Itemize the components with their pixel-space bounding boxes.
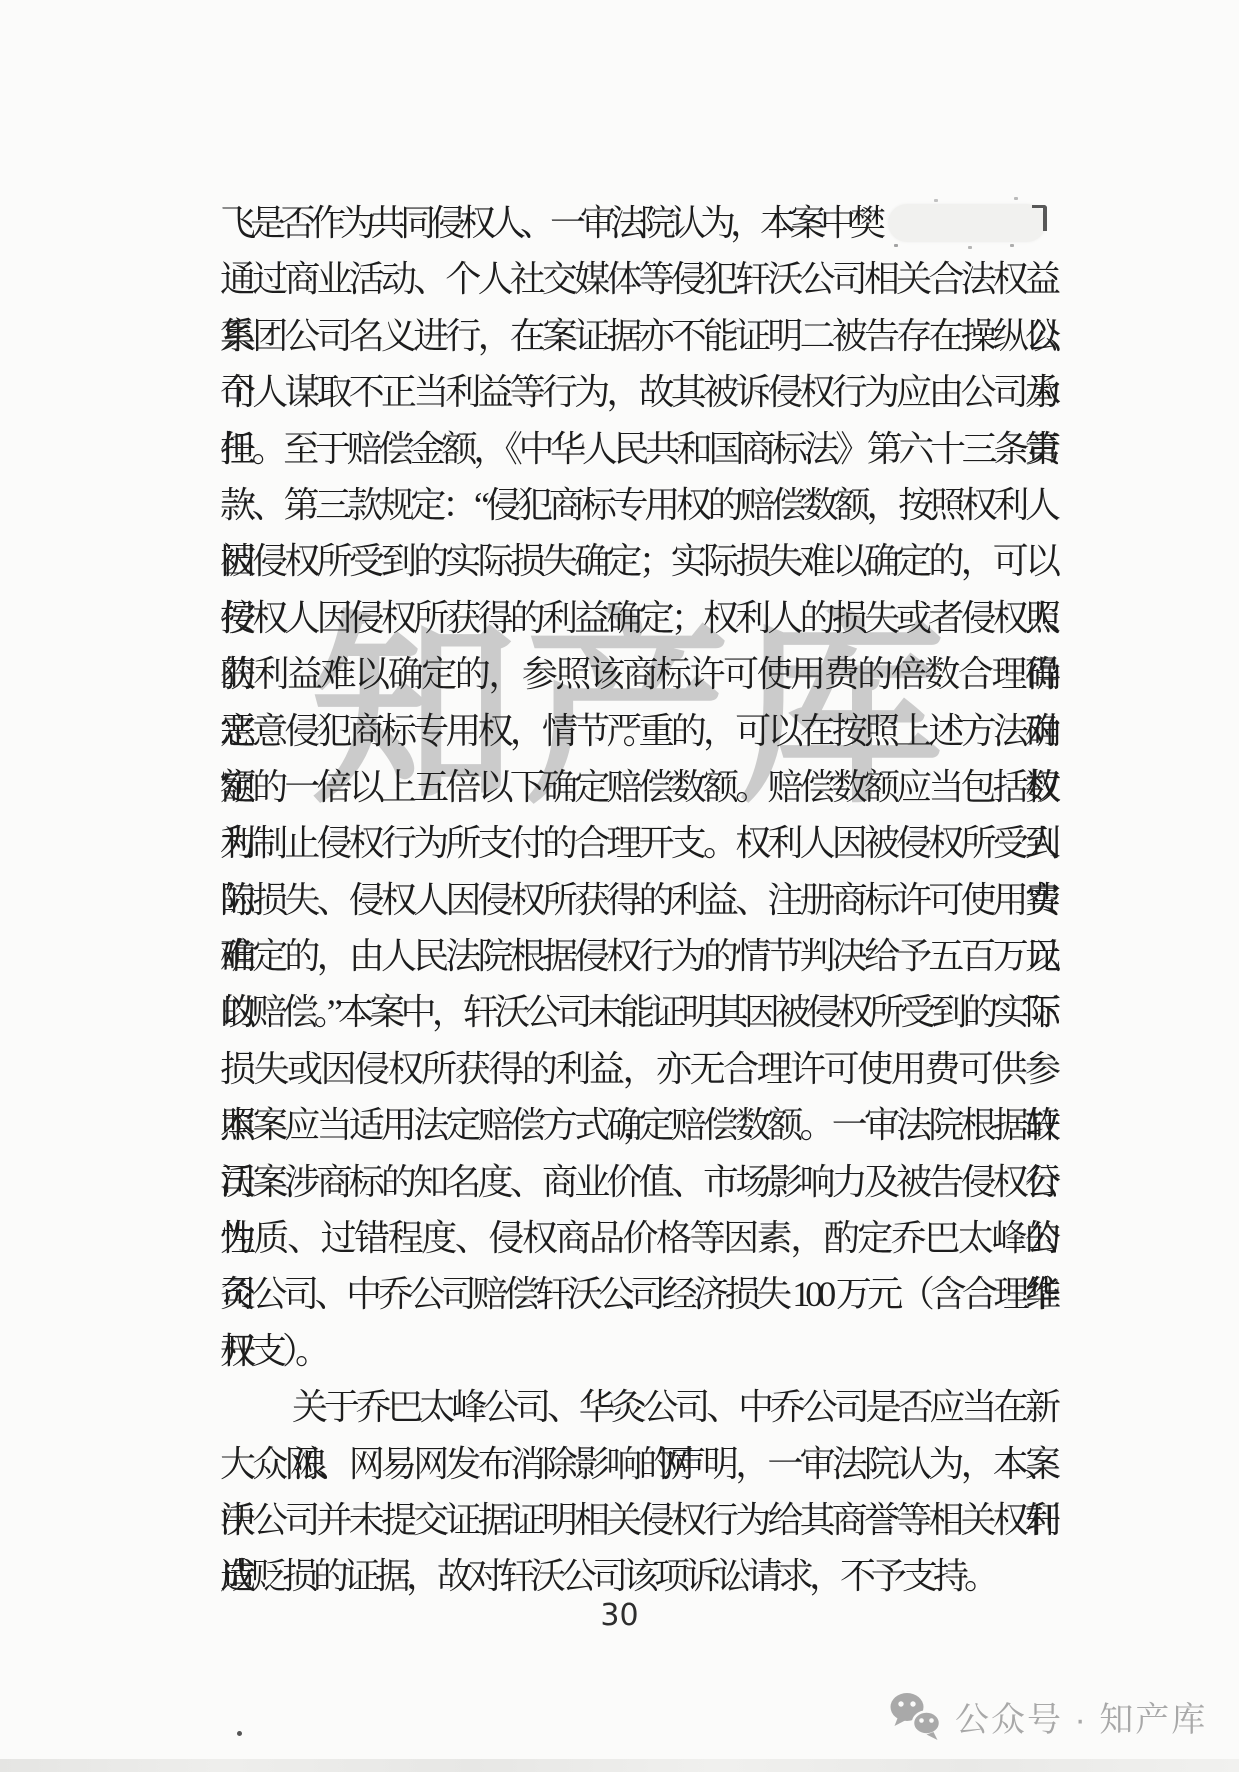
page-number: 30 xyxy=(0,1598,1239,1633)
text-line: 被侵权所受到的实际损失确定；实际损失难以确定的，可以按照 xyxy=(220,533,1056,589)
text-line: 为制止侵权行为所支付的合理开支。权利人因被侵权所受到的实 xyxy=(220,815,1056,871)
text-line: 确定的，由人民法院根据侵权行为的情节判决给予五百万元以下 xyxy=(220,928,1056,984)
text-line-content: 成贬损的证据，故对轩沃公司该项诉讼请求，不予支持。 xyxy=(220,1556,995,1596)
text-line: 集团公司名义进行，在案证据亦不能证明二被告存在操纵公司为 xyxy=(220,308,1056,364)
text-line: 本案应当适用法定赔偿方式确定赔偿数额。一审法院根据轩沃公 xyxy=(220,1097,1056,1153)
text-line: 沃公司并未提交证据证明相关侵权行为给其商誉等相关权利造 xyxy=(220,1492,1056,1548)
text-line: 司案涉商标的知名度、商业价值、市场影响力及被告侵权行为的 xyxy=(220,1154,1056,1210)
text-line: 性质、过错程度、侵权商品价格等因素，酌定乔巴太峰公司、华 xyxy=(220,1210,1056,1266)
text-line-content: 飞是否作为共同侵权人、一审法院认为，本案中樊 xyxy=(220,203,880,243)
text-line: 大众网、网易网发布消除影响的声明，一审法院认为，本案中轩 xyxy=(220,1436,1056,1492)
text-line: 损失或因侵权所获得的利益，亦无合理许可使用费可供参照，故 xyxy=(220,1041,1056,1097)
text-line: 恶意侵犯商标专用权，情节严重的，可以在按照上述方法确定数 xyxy=(220,703,1056,759)
text-line: 款、第三款规定：“侵犯商标专用权的赔偿数额，按照权利人因 xyxy=(220,477,1056,533)
wechat-icon xyxy=(889,1691,942,1742)
text-line: 飞是否作为共同侵权人、一审法院认为，本案中樊 xyxy=(220,195,1056,251)
dot-artifact xyxy=(237,1731,242,1736)
text-line: 的赔偿。”本案中，轩沃公司未能证明其因被侵权所受到的实际 xyxy=(220,984,1056,1040)
text-line: 侵权人因侵权所获得的利益确定；权利人的损失或者侵权人获得 xyxy=(220,590,1056,646)
text-line: 成贬损的证据，故对轩沃公司该项诉讼请求，不予支持。 xyxy=(220,1548,1056,1604)
text-line: 关于乔巴太峰公司、华灸公司、中乔公司是否应当在新浪网、 xyxy=(220,1379,1056,1435)
redaction-box xyxy=(888,204,1046,242)
text-line: 任。至于赔偿金额，《中华人民共和国商标法》第六十三条第一 xyxy=(220,421,1056,477)
text-line: 额的一倍以上五倍以下确定赔偿数额。赔偿数额应当包括权利人 xyxy=(220,759,1056,815)
footer-brand: 公众号 · 知产库 xyxy=(889,1691,1207,1742)
text-line: 个人谋取不正当利益等行为，故其被诉侵权行为应由公司承担责 xyxy=(220,364,1056,420)
document-page: 知产库 飞是否作为共同侵权人、一审法院认为，本案中樊通过商业活动、个人社交媒体等… xyxy=(0,0,1239,1772)
footer-label: 公众号 · 知产库 xyxy=(955,1692,1207,1741)
text-line: 开支）。 xyxy=(220,1323,1056,1379)
text-line: 的利益难以确定的，参照该商标许可使用费的倍数合理确定。对 xyxy=(220,646,1056,702)
text-line: 通过商业活动、个人社交媒体等侵犯轩沃公司相关合法权益系以 xyxy=(220,251,1056,307)
scan-edge-strip xyxy=(0,1759,1239,1772)
text-line-content: 的赔偿。”本案中，轩沃公司未能证明其因被侵权所受到的实际 xyxy=(220,992,1056,1032)
text-line-content: 开支）。 xyxy=(220,1331,326,1371)
text-line: 际损失、侵权人因侵权所获得的利益、注册商标许可使用费难以 xyxy=(220,872,1056,928)
text-line: 灸公司、中乔公司赔偿轩沃公司经济损失 100 万元（含合理维权 xyxy=(220,1266,1056,1322)
document-lines: 飞是否作为共同侵权人、一审法院认为，本案中樊通过商业活动、个人社交媒体等侵犯轩沃… xyxy=(220,195,1056,1605)
